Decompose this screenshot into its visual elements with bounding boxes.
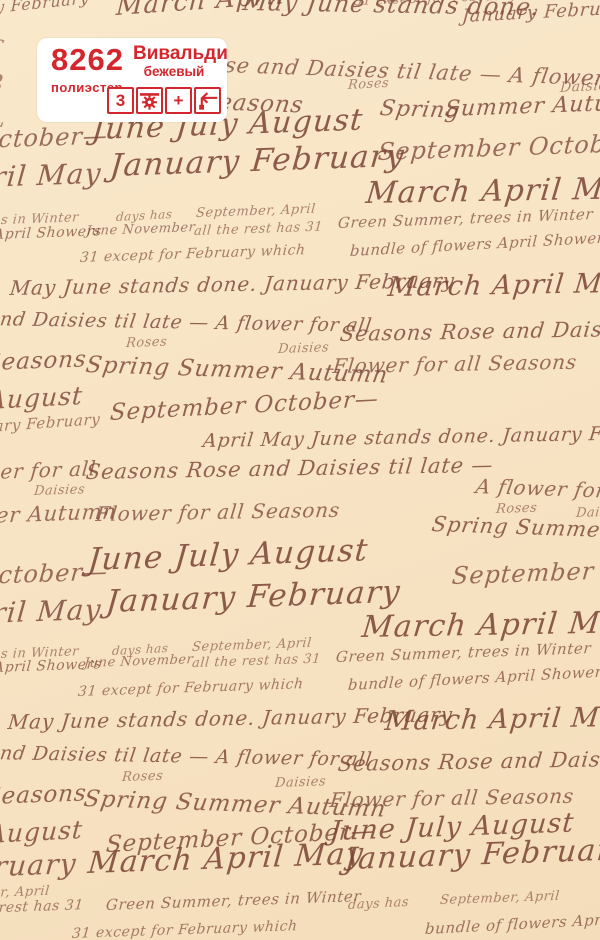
pattern-text-line: March April May June bbox=[383, 700, 600, 737]
pattern-text-line: B bbox=[0, 70, 6, 100]
pattern-text-line: September, April bbox=[0, 884, 50, 903]
pattern-text-line: 31 except for February which bbox=[77, 676, 304, 700]
pattern-text-line: January February bbox=[108, 138, 406, 184]
product-label: 8262 полиэстер Вивальди бежевый 3 bbox=[37, 38, 227, 122]
pattern-text-line: days has bbox=[112, 641, 169, 658]
pattern-text-line: Rose and Daisies til late — A flower for… bbox=[193, 52, 600, 93]
collection-name: Вивальди bbox=[133, 44, 215, 64]
pattern-text-line: A flower for all bbox=[0, 456, 97, 486]
pattern-text-line: Seasons Rose and Daisies bbox=[337, 747, 600, 776]
pattern-text-line: Seasons bbox=[0, 346, 88, 376]
pattern-text-line: all the rest has 31 bbox=[193, 219, 323, 239]
pattern-text-line: April May bbox=[0, 593, 103, 631]
pattern-text-line: September October— bbox=[105, 818, 376, 858]
pattern-text-line: days has bbox=[347, 895, 409, 913]
pattern-text-line: January February bbox=[0, 410, 101, 438]
pattern-text-line: Seasons bbox=[0, 780, 88, 810]
pattern-text-line: L bbox=[0, 104, 8, 134]
pattern-text-line: Roses bbox=[125, 335, 168, 351]
pattern-text-line: April Showers bbox=[0, 656, 102, 676]
pattern-text-line: Daisies bbox=[559, 77, 600, 96]
pattern-text-line: October— bbox=[0, 121, 109, 154]
pattern-text-line: March April bbox=[115, 0, 286, 22]
pattern-text-line: 31 except for February which bbox=[79, 242, 306, 266]
pattern-text-line: 31 except for February which bbox=[71, 918, 298, 940]
colorway-name: бежевый bbox=[133, 64, 215, 79]
pattern-text-line: September, April bbox=[439, 889, 560, 908]
pattern-text-line: Roses bbox=[495, 501, 538, 517]
care-symbols-row: 3 + bbox=[107, 87, 221, 114]
pattern-text-line: March April May June bbox=[386, 266, 600, 303]
pattern-text-line: Spring bbox=[378, 96, 462, 124]
pattern-text-line: bundle of flowers April Showers bbox=[347, 662, 600, 694]
pattern-text-line: Daisies bbox=[33, 482, 85, 499]
pattern-text-line: August bbox=[0, 815, 84, 849]
pattern-text-line: September October— bbox=[451, 552, 600, 590]
pattern-text-line: Daisies bbox=[575, 504, 600, 521]
pattern-text-line: January February bbox=[343, 832, 600, 877]
pattern-text-line: Green Summer, trees in Winter bbox=[337, 205, 594, 232]
pattern-text-line: June November bbox=[85, 220, 196, 239]
pattern-text-line: March April May bbox=[86, 836, 365, 881]
pattern-text-line: Green Summer, trees in Winter bbox=[105, 887, 362, 914]
pattern-text-line: Green Summer, trees in Winter bbox=[335, 639, 592, 666]
pattern-text-line: March April May bbox=[364, 171, 600, 211]
pattern-text-line: Spring Summer Autumn bbox=[84, 352, 390, 388]
pattern-text-line: September October— bbox=[109, 386, 380, 426]
pattern-text-line: bundle of flowers April Showers bbox=[349, 228, 600, 260]
pattern-text-line: June July August bbox=[86, 532, 370, 578]
pattern-text-line: May June stands done. January February bbox=[7, 702, 454, 734]
product-name-block: Вивальди бежевый bbox=[133, 44, 215, 79]
pattern-text-line: days has bbox=[116, 207, 173, 224]
pattern-text-line: and Daisies til late — A flower for all bbox=[0, 742, 374, 771]
pattern-text-line: Spring Summer Autumn bbox=[430, 512, 600, 546]
pattern-text-line: May June stands done. bbox=[241, 0, 542, 21]
pattern-text-line: Seasons Rose and Daisies bbox=[339, 317, 600, 346]
sun-lightfastness-icon bbox=[136, 87, 163, 114]
pattern-text-line: April Showers bbox=[0, 223, 102, 243]
pattern-text-line: A flower for all bbox=[474, 474, 600, 504]
pattern-text-line: f bbox=[0, 35, 3, 66]
pattern-text-line: June November bbox=[83, 652, 194, 671]
pattern-text-line: Daisies bbox=[277, 340, 329, 357]
pattern-text-line: bundle of flowers April Showers bbox=[424, 906, 600, 938]
pattern-text-line: May June stands done. January February bbox=[9, 268, 456, 300]
product-code: 8262 bbox=[51, 42, 124, 78]
pattern-text-line: April May bbox=[0, 157, 103, 195]
pattern-text-line: February bbox=[0, 847, 78, 885]
pattern-text-line: September October— bbox=[377, 128, 600, 166]
pattern-text-line: and Daisies til late — A flower for all bbox=[0, 308, 374, 337]
pattern-text-line: April May June stands done. January Febr… bbox=[202, 422, 600, 452]
pattern-text-line: trees in Winter bbox=[0, 210, 79, 229]
pattern-text-line: Spring Summer Autumn bbox=[82, 786, 388, 822]
pattern-text-line: Flower for all Seasons bbox=[95, 498, 342, 526]
pattern-text-line: January February bbox=[461, 0, 600, 27]
pattern-text-line: June July August bbox=[329, 807, 576, 847]
pattern-text-line: trees in Winter bbox=[0, 644, 79, 663]
pattern-text-line: Flower for all Seasons bbox=[332, 350, 579, 378]
pattern-text-line: January February bbox=[104, 574, 402, 620]
pattern-text-line: Flower for all Seasons bbox=[329, 784, 576, 812]
pattern-text-line: Seasons Rose and Daisies til late — bbox=[85, 453, 495, 484]
pattern-text-line: 31 except for February which bbox=[353, 0, 564, 9]
wallpaper-sample: January FebruaryMarch AprilMay June stan… bbox=[0, 0, 600, 940]
pattern-text-line: Daisies bbox=[274, 774, 326, 791]
arrow-match-icon bbox=[194, 87, 221, 114]
pattern-text-line: Summer Autumn bbox=[0, 499, 118, 530]
pattern-text-line: January February bbox=[0, 0, 90, 23]
pattern-text-line: October— bbox=[0, 557, 109, 590]
pattern-text-line: September, April bbox=[191, 636, 312, 655]
pattern-text-line: Roses bbox=[121, 769, 164, 785]
pattern-text-line: March April May bbox=[360, 605, 600, 645]
plus-icon: + bbox=[165, 87, 192, 114]
pattern-text-line: all the rest has 31 bbox=[191, 651, 321, 671]
pattern-text-line: September, April bbox=[195, 202, 316, 221]
pattern-text-line: Summer Autumn bbox=[444, 90, 600, 122]
pattern-text-line: Roses bbox=[347, 76, 389, 93]
pattern-text-line: all the rest has 31 bbox=[0, 897, 84, 918]
pattern-text-line: August bbox=[0, 381, 84, 415]
repeat-3-icon: 3 bbox=[107, 87, 134, 114]
